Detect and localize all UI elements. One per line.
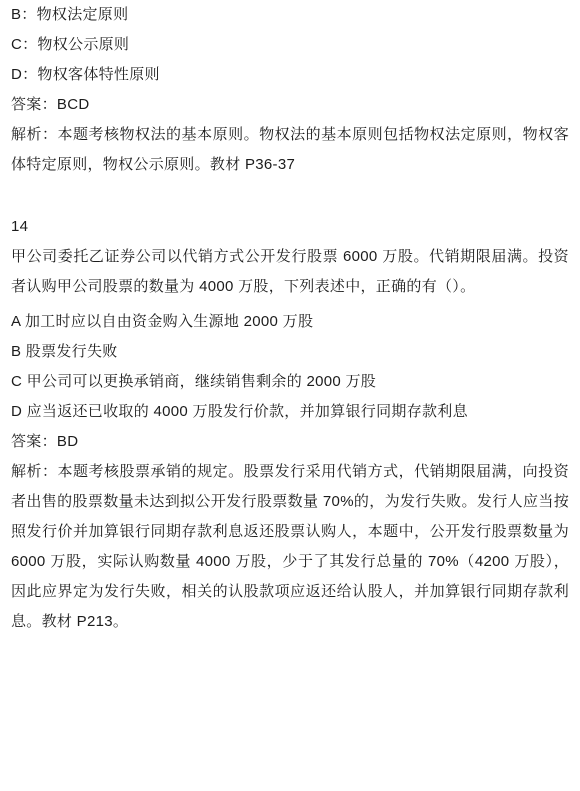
answer-line: 答案：BD	[11, 427, 569, 457]
option-c-line: C 甲公司可以更换承销商，继续销售剩余的 2000 万股	[11, 367, 569, 397]
analysis-paragraph: 解析：本题考核股票承销的规定。股票发行采用代销方式，代销期限届满，向投资者出售的…	[11, 457, 569, 637]
question-previous-block: B：物权法定原则 C：物权公示原则 D：物权客体特性原则 答案：BCD 解析：本…	[11, 0, 569, 180]
document-page: B：物权法定原则 C：物权公示原则 D：物权客体特性原则 答案：BCD 解析：本…	[0, 0, 580, 791]
option-d-line: D 应当返还已收取的 4000 万股发行价款，并加算银行同期存款利息	[11, 397, 569, 427]
question-14-block: 14 甲公司委托乙证券公司以代销方式公开发行股票 6000 万股。代销期限届满。…	[11, 212, 569, 637]
option-b-line: B 股票发行失败	[11, 337, 569, 367]
analysis-paragraph: 解析：本题考核物权法的基本原则。物权法的基本原则包括物权法定原则，物权客体特定原…	[11, 120, 569, 180]
question-number: 14	[11, 212, 569, 242]
option-b-line: B：物权法定原则	[11, 0, 569, 30]
options-group: A 加工时应以自由资金购入生源地 2000 万股 B 股票发行失败 C 甲公司可…	[11, 307, 569, 427]
question-stem: 甲公司委托乙证券公司以代销方式公开发行股票 6000 万股。代销期限届满。投资者…	[11, 242, 569, 302]
option-d-line: D：物权客体特性原则	[11, 60, 569, 90]
answer-line: 答案：BCD	[11, 90, 569, 120]
option-c-line: C：物权公示原则	[11, 30, 569, 60]
option-a-line: A 加工时应以自由资金购入生源地 2000 万股	[11, 307, 569, 337]
